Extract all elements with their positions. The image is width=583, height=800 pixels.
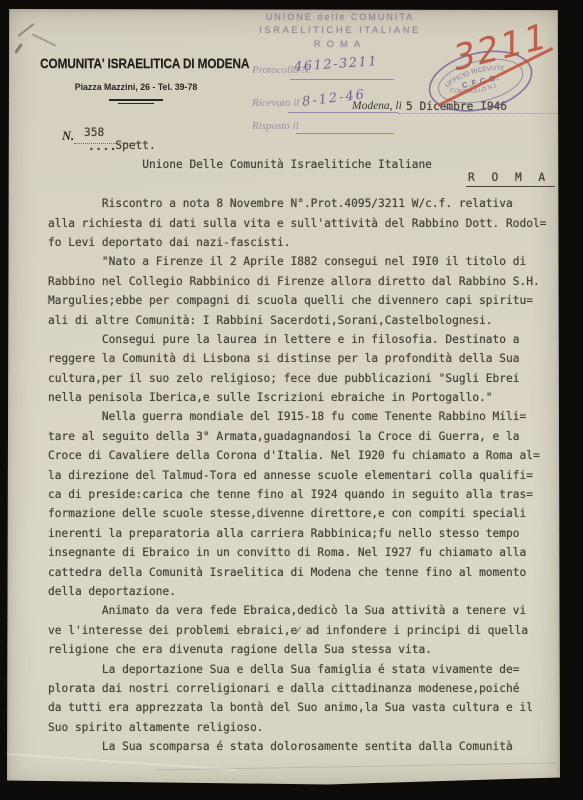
union-stamp-line3: ROMA [245,39,435,50]
ricevuto-label: Ricevuto il [252,97,299,109]
letterhead-flourish-rule [118,103,154,104]
pencil-mark [32,33,56,46]
ricevuto-rule [288,112,398,113]
typed-line: da tutti era apprezzata la bontà del Suo… [48,698,546,717]
dateline-place-label: Modena, li [352,100,402,112]
typed-line: ali di altre Comunità: I Rabbini Sacerdo… [48,311,546,330]
typed-line: reggere la Comunità di Lisbona si distin… [48,349,546,368]
typed-line: Spett. [48,136,546,155]
union-receiving-stamp: UNIONE delle COMUNITA ISRAELITICHE ITALI… [245,12,435,50]
typed-line: nella penisola Iberica,e sulle Iscrizion… [48,388,546,407]
typed-line: cattedra della Comunità Israelitica di M… [48,563,546,582]
typed-line: formazione delle scuole stesse,divenne d… [48,504,546,523]
typed-line: Consegui pure la laurea in lettere e in … [48,330,546,349]
letter-page: COMUNITA' ISRAELITICA DI MODENA Piazza M… [7,9,560,786]
typed-line: della deportazione. [48,582,546,601]
typed-line: la direzione del Talmud-Tora ed annesse … [48,466,546,485]
risposto-label: Risposto il [252,120,299,132]
typed-line: religione che era divenuta ragione della… [48,640,546,659]
typed-line: insegnante di Ebraico in un convitto di … [48,543,546,562]
typed-line: Suo spirito altamente religioso. [48,718,546,737]
protocollo-rule [290,79,394,80]
typed-line: Animato da vera fede Ebraica,dedicò la S… [48,601,546,620]
typed-line: cultura,per il suo zelo religioso; fece … [48,369,546,388]
union-stamp-line2: ISRAELITICHE ITALIANE [245,25,435,36]
typed-body: Spett. Unione Delle Comunità Israelitich… [48,136,546,757]
typed-line: ca di preside:carica che tenne fino al I… [48,485,546,504]
typed-line: ve l'interesse dei problemi ebraici,e⁄ a… [48,621,546,640]
typed-line: La Sua scomparsa é stata dolorosamente s… [48,737,546,756]
typed-line: fo Levi deportato dai nazi-fascisti. [48,233,546,252]
pencil-mark [14,43,23,54]
typed-line: "Nato a Firenze il 2 Aprile I882 consegu… [48,252,546,271]
address-roma: R O M A [466,171,555,187]
typed-line: La deportazione Sua e della Sua famiglia… [48,660,546,679]
union-stamp-line1: UNIONE delle COMUNITA [245,12,435,22]
letterhead-address: Piazza Mazzini, 26 - Tel. 39-78 [40,82,232,92]
letterhead-org-name: COMUNITA' ISRAELITICA DI MODENA [40,56,249,71]
letterhead-flourish-rule [109,99,163,101]
typed-line: Nella guerra mondiale del I915-18 fu com… [48,407,546,426]
typed-line: Margulies;ebbe per compagni di scuola qu… [48,291,546,310]
typed-line: Rabbino nel Collegio Rabbinico di Firenz… [48,272,546,291]
protocollo-number-handwritten: 4612-3211 [294,54,379,75]
typed-line: Riscontro a nota 8 Novembre N°.Prot.4095… [48,194,546,213]
typed-line: tare al seguito della 3° Armata,guadagna… [48,427,546,446]
paper-crease [157,763,557,771]
typed-line: alla richiesta di dati sulla vita e sull… [48,214,546,233]
typed-line: Croce di Cavaliere della Corona d'Italia… [48,446,546,465]
scan-background: COMUNITA' ISRAELITICA DI MODENA Piazza M… [0,0,583,800]
typed-line: inerenti la preparatoria alla carriera R… [48,524,546,543]
risposto-rule [296,133,394,134]
typed-line: plorata dai nostri correligionari e dall… [48,679,546,698]
